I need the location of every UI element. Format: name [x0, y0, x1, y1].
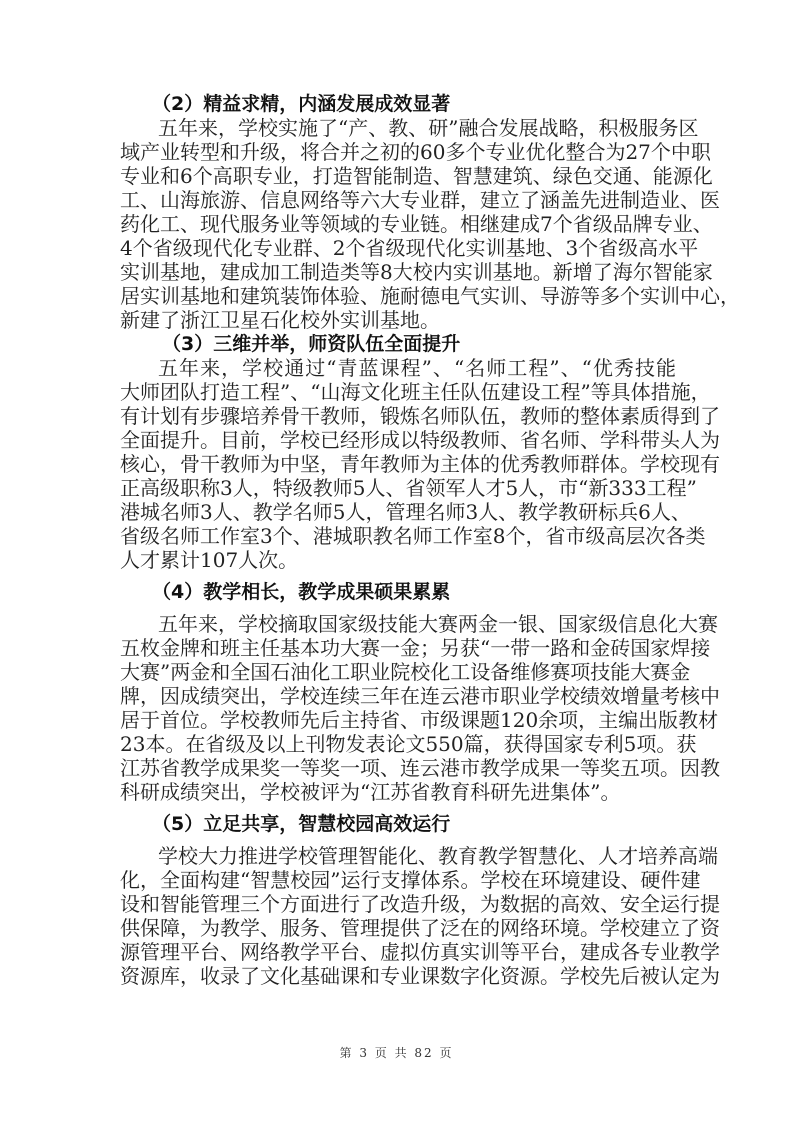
paragraph-line: 港城名师3人、教学名师5人，管理名师3人、教学教研标兵6人、	[120, 500, 676, 524]
document-page: （2）精益求精，内涵发展成效显著 五年来，学校实施了“产、教、研”融合发展战略，…	[120, 92, 676, 988]
paragraph-line: 新建了浙江卫星石化校外实训基地。	[120, 308, 676, 332]
paragraph-line: 牌，因成绩突出，学校连续三年在连云港市职业学校绩效增量考核中	[120, 684, 676, 708]
paragraph-line: 正高级职称3人，特级教师5人、省领军人才5人，市“新333工程”	[120, 476, 676, 500]
paragraph-line: 学校大力推进学校管理智能化、教育教学智慧化、人才培养高端	[120, 844, 676, 868]
paragraph-line: 域产业转型和升级，将合并之初的60多个专业优化整合为27个中职	[120, 140, 676, 164]
paragraph-line: 居于首位。学校教师先后主持省、市级课题120余项，主编出版教材	[120, 708, 676, 732]
section-3: （3）三维并举，师资队伍全面提升 五年来，学校通过“青蓝课程”、“名师工程”、“…	[120, 332, 676, 572]
paragraph-line: 有计划有步骤培养骨干教师，锻炼名师队伍，教师的整体素质得到了	[120, 404, 676, 428]
paragraph-line: 工、山海旅游、信息网络等六大专业群，建立了涵盖先进制造业、医	[120, 188, 676, 212]
section-2: （2）精益求精，内涵发展成效显著 五年来，学校实施了“产、教、研”融合发展战略，…	[120, 92, 676, 332]
paragraph-line: 23本。在省级及以上刊物发表论文550篇，获得国家专利5项。获	[120, 732, 676, 756]
paragraph-line: 设和智能管理三个方面进行了改造升级，为数据的高效、安全运行提	[120, 892, 676, 916]
section-4: （4）教学相长，教学成果硕果累累 五年来，学校摘取国家级技能大赛两金一银、国家级…	[120, 580, 676, 804]
paragraph-line: 省级名师工作室3个、港城职教名师工作室8个，省市级高层次各类	[120, 524, 676, 548]
paragraph-line: 4个省级现代化专业群、2个省级现代化实训基地、3个省级高水平	[120, 236, 676, 260]
paragraph-line: 实训基地，建成加工制造类等8大校内实训基地。新增了海尔智能家	[120, 260, 676, 284]
paragraph-line: 全面提升。目前，学校已经形成以特级教师、省名师、学科带头人为	[120, 428, 676, 452]
paragraph-line: 药化工、现代服务业等领域的专业链。相继建成7个省级品牌专业、	[120, 212, 676, 236]
paragraph-line: 资源库，收录了文化基础课和专业课数字化资源。学校先后被认定为	[120, 964, 676, 988]
paragraph-line: 专业和6个高职专业，打造智能制造、智慧建筑、绿色交通、能源化	[120, 164, 676, 188]
paragraph-line: 人才累计107人次。	[120, 548, 676, 572]
section-5: （5）立足共享，智慧校园高效运行 学校大力推进学校管理智能化、教育教学智慧化、人…	[120, 812, 676, 988]
paragraph-line: 居实训基地和建筑装饰体验、施耐德电气实训、导游等多个实训中心，	[120, 284, 676, 308]
section-heading: （2）精益求精，内涵发展成效显著	[120, 92, 676, 116]
paragraph-line: 源管理平台、网络教学平台、虚拟仿真实训等平台，建成各专业教学	[120, 940, 676, 964]
section-heading: （4）教学相长，教学成果硕果累累	[120, 580, 676, 604]
paragraph-line: 五年来，学校摘取国家级技能大赛两金一银、国家级信息化大赛	[120, 612, 676, 636]
paragraph-line: 五年来，学校实施了“产、教、研”融合发展战略，积极服务区	[120, 116, 676, 140]
paragraph-line: 大赛”两金和全国石油化工职业院校化工设备维修赛项技能大赛金	[120, 660, 676, 684]
section-heading: （3）三维并举，师资队伍全面提升	[120, 332, 676, 356]
paragraph-line: 供保障，为教学、服务、管理提供了泛在的网络环境。学校建立了资	[120, 916, 676, 940]
paragraph-line: 科研成绩突出，学校被评为“江苏省教育科研先进集体”。	[120, 780, 676, 804]
paragraph-line: 江苏省教学成果奖一等奖一项、连云港市教学成果一等奖五项。因教	[120, 756, 676, 780]
section-heading: （5）立足共享，智慧校园高效运行	[120, 812, 676, 836]
paragraph-line: 核心，骨干教师为中坚，青年教师为主体的优秀教师群体。学校现有	[120, 452, 676, 476]
paragraph-line: 五枚金牌和班主任基本功大赛一金；另获“一带一路和金砖国家焊接	[120, 636, 676, 660]
paragraph-line: 五年来，学校通过“青蓝课程”、“名师工程”、“优秀技能	[120, 356, 676, 380]
paragraph-line: 化，全面构建“智慧校园”运行支撑体系。学校在环境建设、硬件建	[120, 868, 676, 892]
paragraph-line: 大师团队打造工程”、“山海文化班主任队伍建设工程”等具体措施，	[120, 380, 676, 404]
page-number-footer: 第 3 页 共 82 页	[0, 1044, 793, 1061]
